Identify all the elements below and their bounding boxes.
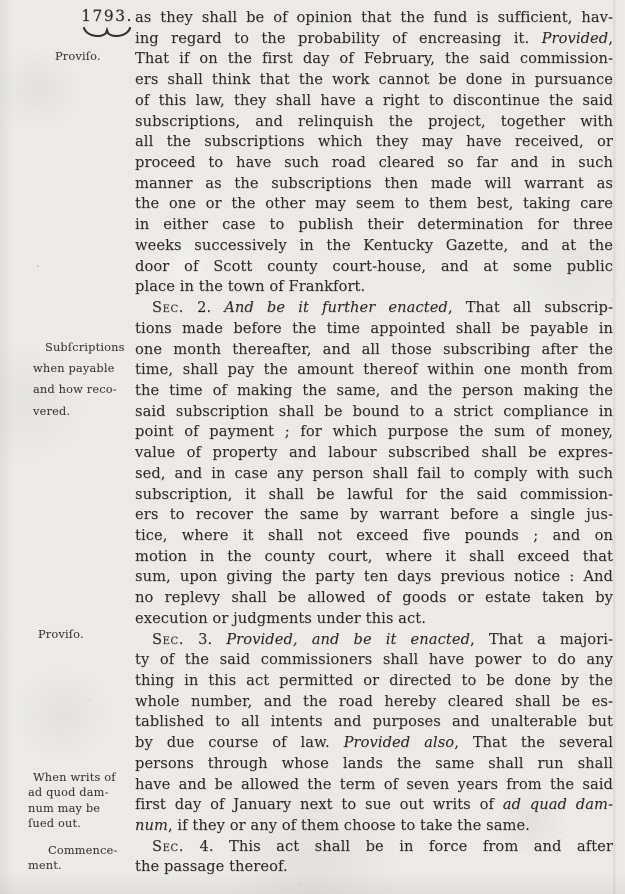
body-line: the one or the other may seem to them be…	[135, 194, 613, 215]
body-line: in either case to publish their determin…	[135, 215, 613, 236]
body-line: subscriptions, and relinquish the projec…	[135, 112, 613, 133]
margin-note-line: ad quod dam-	[28, 785, 132, 800]
body-line: by due course of law. Provided also, Tha…	[135, 733, 613, 754]
margin-note-line: Proviſo.	[55, 50, 101, 63]
margin-note-line: ſued out.	[28, 816, 132, 831]
page-year: 1793.	[70, 7, 144, 25]
body-line: persons through whose lands the same sha…	[135, 754, 613, 775]
body-line: weeks successively in the Kentucky Gazet…	[135, 236, 613, 257]
body-line: door of Scott county court-house, and at…	[135, 257, 613, 278]
body-line: ers shall think that the work cannot be …	[135, 70, 613, 91]
body-line: the passage thereof.	[135, 857, 613, 878]
body-line: num, if they or any of them choose to ta…	[135, 816, 613, 837]
body-line: execution or judgments under this act.	[135, 609, 613, 630]
margin-note-line: ment.	[28, 858, 128, 873]
body-line: said subscription shall be bound to a st…	[135, 402, 613, 423]
body-line: whole number, and the road hereby cleare…	[135, 692, 613, 713]
body-line: place in the town of Frankfort.	[135, 277, 613, 298]
body-line: value of property and labour subscribed …	[135, 443, 613, 464]
body-line: manner as the subscriptions then made wi…	[135, 174, 613, 195]
body-line: have and be allowed the term of seven ye…	[135, 775, 613, 796]
body-line: point of payment ; for which purpose the…	[135, 422, 613, 443]
margin-note-line: vered.	[33, 401, 135, 422]
margin-note-line: Commence-	[28, 843, 128, 858]
body-line: That if on the first day of February, th…	[135, 49, 613, 70]
body-line: ing regard to the probability of encreas…	[135, 29, 613, 50]
body-line: tice, where it shall not exceed five pou…	[135, 526, 613, 547]
year-brace-ornament	[82, 26, 132, 39]
margin-note-line: When writs of	[28, 770, 132, 785]
body-text: as they shall be of opinion that the fun…	[135, 8, 613, 878]
body-line: subscription, it shall be lawful for the…	[135, 485, 613, 506]
margin-note-line: when payable	[33, 358, 135, 379]
body-line: as they shall be of opinion that the fun…	[135, 8, 613, 29]
margin-note-commencement: Commence-ment.	[28, 843, 128, 874]
body-line: first day of January next to sue out wri…	[135, 795, 613, 816]
body-line: thing in this act permitted or directed …	[135, 671, 613, 692]
margin-note-writs: When writs ofad quod dam-num may beſued …	[28, 770, 132, 832]
body-line: sed, and in case any person shall fail t…	[135, 464, 613, 485]
body-line: time, shall pay the amount thereof withi…	[135, 360, 613, 381]
body-line: tions made before the time appointed sha…	[135, 319, 613, 340]
body-line: of this law, they shall have a right to …	[135, 91, 613, 112]
body-line: motion in the county court, where it sha…	[135, 547, 613, 568]
body-line: the time of making the same, and the per…	[135, 381, 613, 402]
margin-note-line: and how reco-	[33, 379, 135, 400]
body-line: no replevy shall be allowed of goods or …	[135, 588, 613, 609]
body-line: ty of the said commissioners shall have …	[135, 650, 613, 671]
scanned-statute-page: 1793. Proviſo. Subſcriptionswhen payable…	[0, 0, 625, 894]
margin-note-line: num may be	[28, 801, 132, 816]
margin-note-line: Proviſo.	[38, 628, 84, 641]
year-block: 1793.	[70, 7, 144, 39]
body-line: tablished to all intents and purposes an…	[135, 712, 613, 733]
body-line: Sec. 4. This act shall be in force from …	[135, 837, 613, 858]
margin-note-line: Subſcriptions	[33, 337, 135, 358]
margin-note-subscriptions: Subſcriptionswhen payableand how reco-ve…	[33, 337, 135, 422]
body-line: ers to recover the same by warrant befor…	[135, 505, 613, 526]
body-line: Sec. 2. And be it further enacted, That …	[135, 298, 613, 319]
margin-note-proviso-2: Proviſo.	[38, 628, 84, 641]
body-line: sum, upon giving the party ten days prev…	[135, 567, 613, 588]
body-line: Sec. 3. Provided, and be it enacted, Tha…	[135, 630, 613, 651]
margin-note-proviso-1: Proviſo.	[55, 50, 101, 63]
body-line: proceed to have such road cleared so far…	[135, 153, 613, 174]
body-line: one month thereafter, and all those subs…	[135, 340, 613, 361]
body-line: all the subscriptions which they may hav…	[135, 132, 613, 153]
